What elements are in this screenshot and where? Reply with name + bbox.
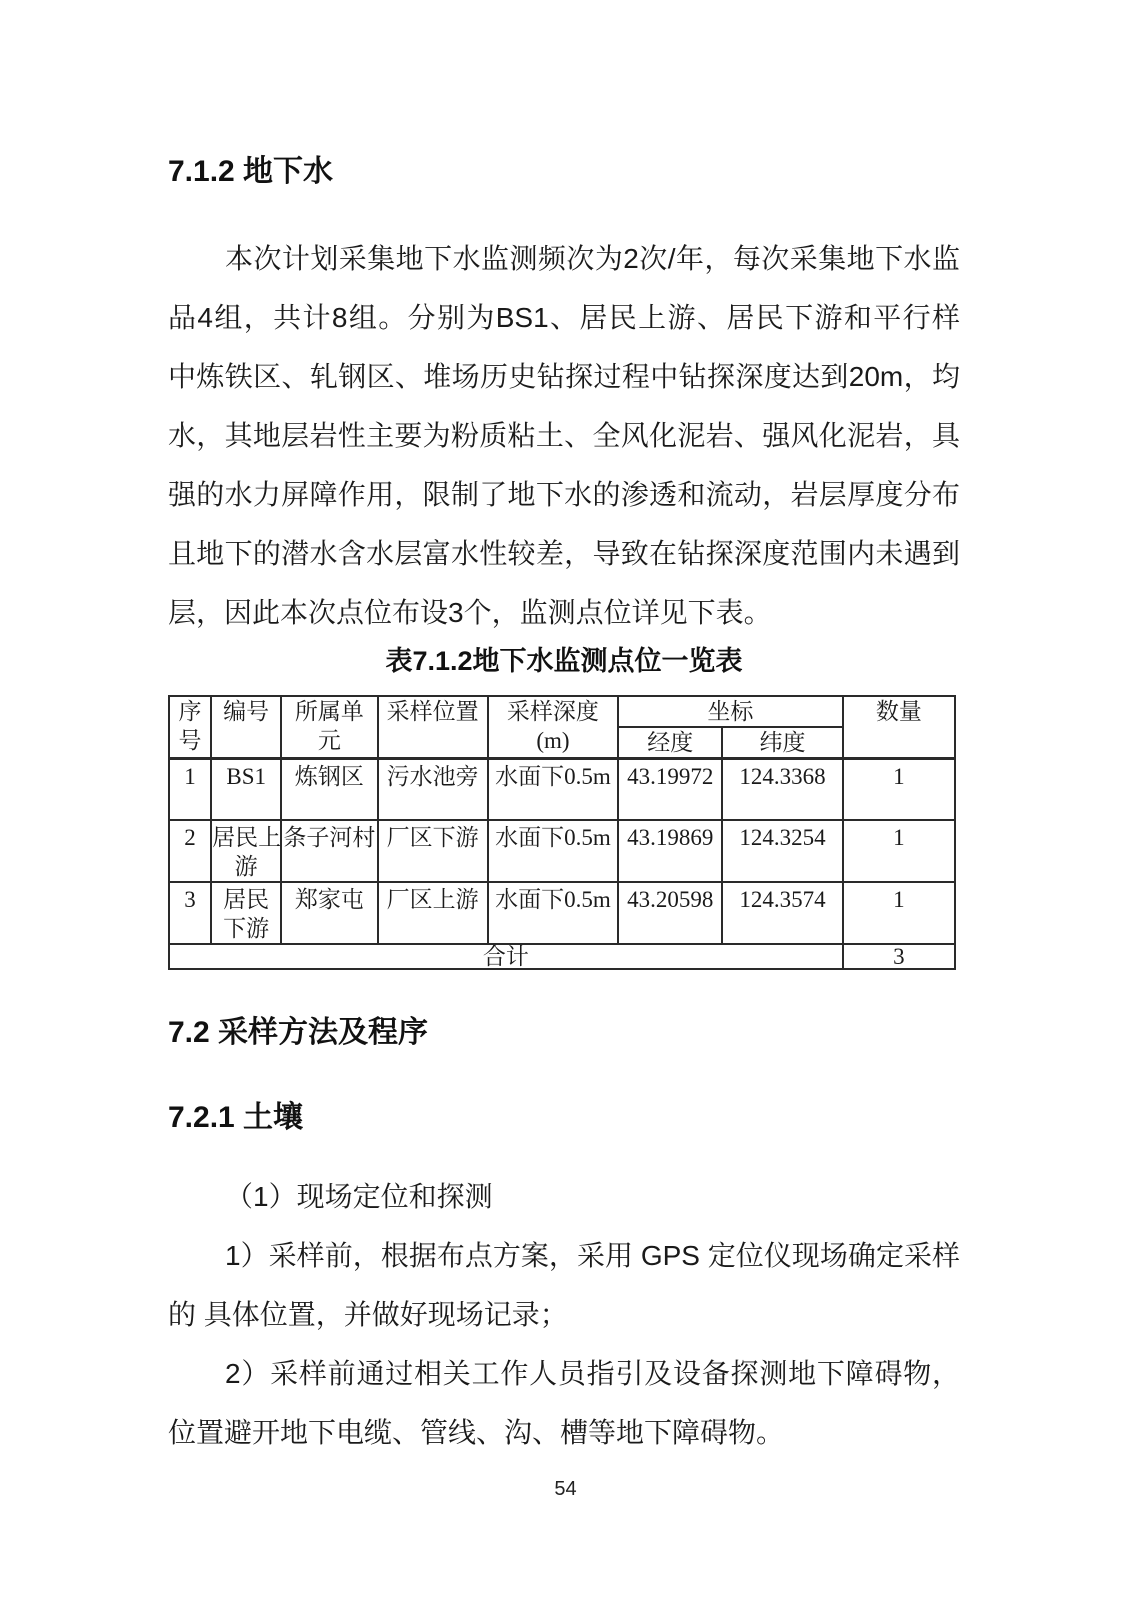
header-longitude: 经度: [618, 727, 722, 759]
paragraph-line: 1）采样前，根据布点方案，采用 GPS 定位仪现场确定采样点: [168, 1226, 960, 1285]
total-value: 3: [843, 944, 955, 969]
header-latitude: 纬度: [722, 727, 842, 759]
cell-depth: 水面下0.5m: [488, 882, 618, 944]
paragraph-line: 水，其地层岩性主要为粉质粘土、全风化泥岩、强风化泥岩，具有较: [168, 406, 960, 465]
header-seq: 序 号: [169, 696, 211, 759]
header-code: 编号: [211, 696, 281, 759]
cell-position: 厂区上游: [378, 882, 488, 944]
cell-longitude: 43.19869: [618, 820, 722, 882]
section-heading-721: 7.2.1 土壤: [168, 1092, 303, 1136]
table-row: 2 居民上 游 条子河村 厂区下游 水面下0.5m 43.19869 124.3…: [169, 820, 955, 882]
header-position: 采样位置: [378, 696, 488, 759]
cell-position: 污水池旁: [378, 759, 488, 820]
monitoring-points-table: 序 号 编号 所属单 元 采样位置 采样深度 (m) 坐标 数量 经度 纬度 1…: [168, 695, 956, 970]
paragraph-line: 中炼铁区、轧钢区、堆场历史钻探过程中钻探深度达到20m，均未见: [168, 347, 960, 406]
cell-quantity: 1: [843, 820, 955, 882]
document-page: 7.1.2 地下水 本次计划采集地下水监测频次为2次/年，每次采集地下水监测样 …: [0, 0, 1131, 1600]
cell-longitude: 43.19972: [618, 759, 722, 820]
cell-code: 居民 下游: [211, 882, 281, 944]
table-row: 1 BS1 炼钢区 污水池旁 水面下0.5m 43.19972 124.3368…: [169, 759, 955, 820]
paragraph-line: 层，因此本次点位布设3个，监测点位详见下表。: [168, 583, 960, 642]
paragraph-groundwater: 本次计划采集地下水监测频次为2次/年，每次采集地下水监测样 品4组，共计8组。分…: [168, 229, 960, 642]
header-unit: 所属单 元: [281, 696, 377, 759]
paragraph-soil-procedure: （1）现场定位和探测 1）采样前，根据布点方案，采用 GPS 定位仪现场确定采样…: [168, 1167, 960, 1462]
cell-seq: 1: [169, 759, 211, 820]
table-total-row: 合计 3: [169, 944, 955, 969]
header-quantity: 数量: [843, 696, 955, 759]
cell-seq: 2: [169, 820, 211, 882]
total-label: 合计: [169, 944, 843, 969]
cell-unit: 条子河村: [281, 820, 377, 882]
cell-quantity: 1: [843, 882, 955, 944]
header-coords: 坐标: [618, 696, 843, 727]
cell-depth: 水面下0.5m: [488, 759, 618, 820]
cell-seq: 3: [169, 882, 211, 944]
paragraph-line: 的 具体位置，并做好现场记录；: [168, 1285, 960, 1344]
cell-unit: 炼钢区: [281, 759, 377, 820]
cell-unit: 郑家屯: [281, 882, 377, 944]
table-row: 3 居民 下游 郑家屯 厂区上游 水面下0.5m 43.20598 124.35…: [169, 882, 955, 944]
cell-code: BS1: [211, 759, 281, 820]
paragraph-line: 强的水力屏障作用，限制了地下水的渗透和流动，岩层厚度分布不均: [168, 465, 960, 524]
cell-latitude: 124.3254: [722, 820, 842, 882]
table-title: 表7.1.2地下水监测点位一览表: [168, 641, 960, 681]
cell-latitude: 124.3368: [722, 759, 842, 820]
paragraph-line: 2）采样前通过相关工作人员指引及设备探测地下障碍物，采样: [168, 1344, 960, 1403]
cell-longitude: 43.20598: [618, 882, 722, 944]
header-depth: 采样深度 (m): [488, 696, 618, 759]
cell-position: 厂区下游: [378, 820, 488, 882]
paragraph-line: 品4组，共计8组。分别为BS1、居民上游、居民下游和平行样品；其: [168, 288, 960, 347]
paragraph-line: 且地下的潜水含水层富水性较差，导致在钻探深度范围内未遇到含水: [168, 524, 960, 583]
paragraph-line: 位置避开地下电缆、管线、沟、槽等地下障碍物。: [168, 1403, 960, 1462]
cell-depth: 水面下0.5m: [488, 820, 618, 882]
cell-code: 居民上 游: [211, 820, 281, 882]
section-heading-712: 7.1.2 地下水: [168, 146, 333, 190]
paragraph-line: 本次计划采集地下水监测频次为2次/年，每次采集地下水监测样: [168, 229, 960, 288]
section-heading-72: 7.2 采样方法及程序: [168, 1007, 428, 1051]
page-number: 54: [0, 1478, 1131, 1501]
cell-quantity: 1: [843, 759, 955, 820]
cell-latitude: 124.3574: [722, 882, 842, 944]
paragraph-line: （1）现场定位和探测: [168, 1167, 960, 1226]
